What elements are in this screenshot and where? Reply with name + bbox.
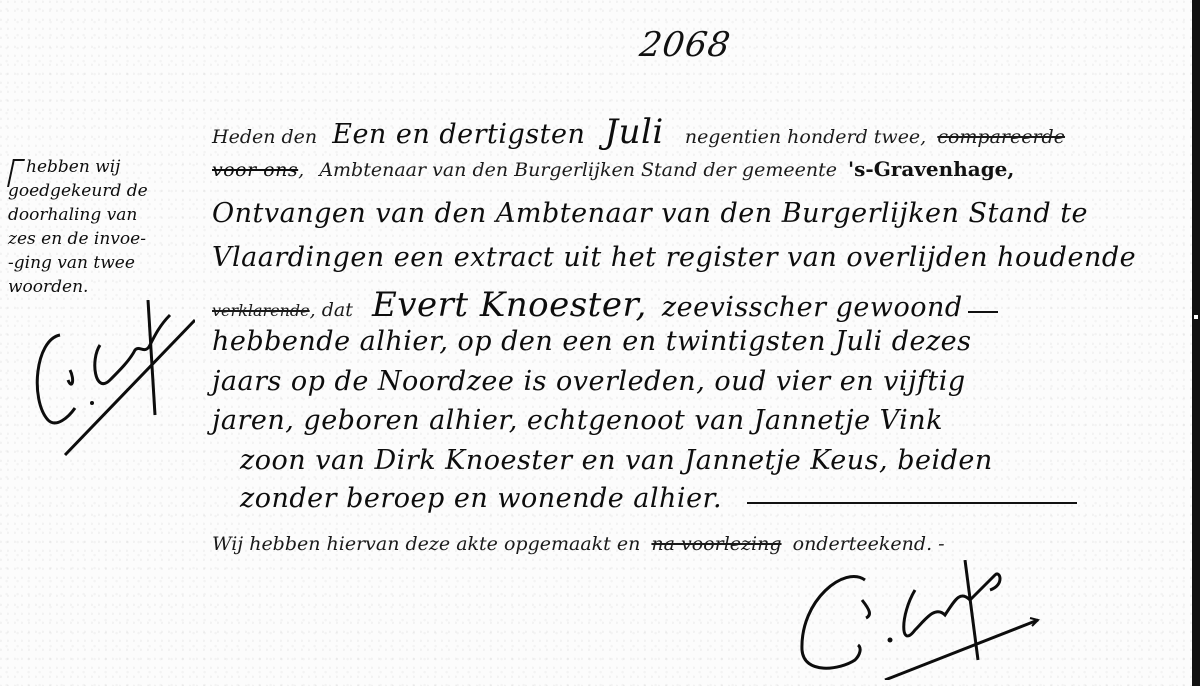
margin-line: goedgekeurd de	[8, 179, 193, 203]
line-1: Heden den Een en dertigsten Juli negenti…	[212, 112, 1065, 152]
struck-word: verklarende	[212, 301, 310, 320]
margin-line: -ging van twee	[8, 251, 193, 275]
line-5: verklarende, dat Evert Knoester, zeeviss…	[212, 285, 998, 325]
printed-year: negentien honderd twee,	[685, 126, 926, 148]
struck-word: na voorlezing	[651, 533, 781, 555]
margin-line: zes en de invoe-	[8, 227, 193, 251]
fill-line	[747, 502, 1077, 504]
margin-line: woorden.	[8, 275, 193, 299]
struck-word: compareerde	[937, 126, 1065, 148]
closing-printed-start: Wij hebben hiervan deze akte opgemaakt e…	[212, 533, 640, 555]
scan-border	[1192, 0, 1200, 686]
margin-line: doorhaling van	[8, 203, 193, 227]
line-4: Vlaardingen een extract uit het register…	[212, 242, 1136, 273]
line-3: Ontvangen van den Ambtenaar van den Burg…	[212, 198, 1088, 229]
document-number: 2068	[637, 25, 733, 65]
municipality: 's-Gravenhage,	[848, 157, 1014, 181]
line-6: hebbende alhier, op den een en twintigst…	[212, 326, 972, 357]
line-10-text: zonder beroep en wonende alhier.	[240, 483, 722, 514]
printed-official: Ambtenaar van den Burgerlijken Stand der…	[319, 159, 837, 181]
printed-intro: Heden den	[212, 126, 317, 148]
margin-line: hebben wij	[8, 155, 193, 179]
line-2: voor ons, Ambtenaar van den Burgerlijken…	[212, 157, 1014, 181]
printed-dat: , dat	[310, 299, 353, 321]
struck-word: voor ons	[212, 159, 298, 181]
handwritten-month: Juli	[604, 112, 663, 152]
fill-line	[968, 311, 998, 313]
handwritten-date: Een en dertigsten	[332, 119, 585, 150]
line-7: jaars op de Noordzee is overleden, oud v…	[212, 366, 966, 397]
occupation: zeevisscher gewoond	[662, 292, 963, 323]
line-10: zonder beroep en wonende alhier.	[240, 483, 1077, 514]
margin-note: hebben wij goedgekeurd de doorhaling van…	[8, 155, 193, 299]
line-8: jaren, geboren alhier, echtgenoot van Ja…	[212, 405, 943, 436]
document-page: 2068 Heden den Een en dertigsten Juli ne…	[0, 0, 1192, 686]
margin-signature	[20, 300, 195, 465]
closing-line: Wij hebben hiervan deze akte opgemaakt e…	[212, 533, 945, 555]
deceased-name: Evert Knoester,	[372, 285, 647, 325]
line-9: zoon van Dirk Knoester en van Jannetje K…	[240, 445, 993, 476]
registrar-signature	[790, 560, 1050, 680]
closing-printed-end: onderteekend. -	[793, 533, 945, 555]
